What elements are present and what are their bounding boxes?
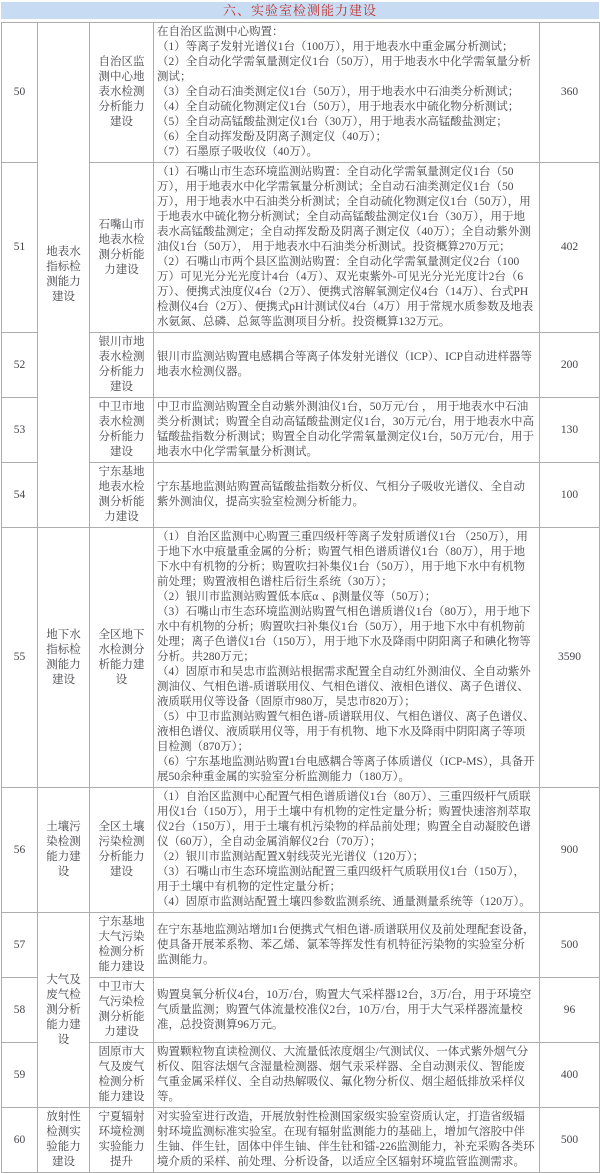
row-number-cell: 60	[2, 1108, 38, 1173]
table-row: 50 地表水指标检测能力建设 自治区监测中心地表水检测分析能力建设 在自治区监测…	[2, 23, 600, 163]
row-number-cell: 56	[2, 788, 38, 913]
row-number-cell: 50	[2, 23, 38, 163]
category-cell: 地下水指标检测能力建设	[38, 528, 90, 788]
content-cell: 银川市监测站购置电感耦合等离子体发射光谱仪（ICP）、ICP自动进样器等地表水检…	[154, 333, 540, 398]
content-cell: 购置臭氧分析仪4台，10万/台，购置大气采样器12台，3万/台，用于环境空气质量…	[154, 978, 540, 1043]
section-title: 六、实验室检测能力建设	[1, 2, 599, 19]
amount-cell: 200	[540, 333, 600, 398]
project-name-cell: 全区土壤污染检测分析能力建设	[90, 788, 154, 913]
table-row: 53 中卫市地表水检测分析能力建设 中卫市监测站购置全自动紫外测油仪1台，50万…	[2, 398, 600, 463]
content-cell: 在自治区监测中心购置： （1）等离子发射光谱仪1台（100万），用于地表水中重金…	[154, 23, 540, 163]
category-cell: 地表水指标检测能力建设	[38, 23, 90, 528]
amount-cell: 402	[540, 163, 600, 333]
project-name-cell: 中卫市地表水检测分析能力建设	[90, 398, 154, 463]
content-cell: 购置颗粒物直读检测仪、大流量低浓度烟尘/气测试仪、一体式紫外烟气分析仪、阻容法烟…	[154, 1043, 540, 1108]
table-row: 57 大气及废气检测分析能力建设 宁东基地大气污染检测分析能力建设 在宁东基地监…	[2, 913, 600, 978]
table-row: 54 宁东基地地表水检测分析能力建设 宁东基地监测站购置高锰酸盐指数分析仪、气相…	[2, 463, 600, 528]
page: 六、实验室检测能力建设 50 地表水指标检测能力建设 自治区监测中心地表水检测分…	[0, 0, 600, 1173]
content-cell: （1）自治区监测中心配置气相色谱质谱仪1台（80万）、三重四级杆气质联用仪1台（…	[154, 788, 540, 913]
row-number-cell: 52	[2, 333, 38, 398]
project-name-cell: 石嘴山市地表水检测分析能力建设	[90, 163, 154, 333]
project-name-cell: 中卫市大气污染检测分析能力建设	[90, 978, 154, 1043]
content-cell: 宁东基地监测站购置高锰酸盐指数分析仪、气相分子吸收光谱仪、全自动紫外测油仪，提高…	[154, 463, 540, 528]
project-name-cell: 全区地下水检测分析能力建设	[90, 528, 154, 788]
category-cell: 土壤污染检测能力建设	[38, 788, 90, 913]
amount-cell: 500	[540, 1108, 600, 1173]
row-number-cell: 55	[2, 528, 38, 788]
project-name-cell: 宁夏辐射环境检测实验能力提升	[90, 1108, 154, 1173]
row-number-cell: 51	[2, 163, 38, 333]
row-number-cell: 59	[2, 1043, 38, 1108]
amount-cell: 3590	[540, 528, 600, 788]
project-name-cell: 宁东基地地表水检测分析能力建设	[90, 463, 154, 528]
project-name-cell: 宁东基地大气污染检测分析能力建设	[90, 913, 154, 978]
amount-cell: 900	[540, 788, 600, 913]
row-number-cell: 53	[2, 398, 38, 463]
table-row: 52 银川市地表水检测分析能力建设 银川市监测站购置电感耦合等离子体发射光谱仪（…	[2, 333, 600, 398]
amount-cell: 360	[540, 23, 600, 163]
amount-cell: 400	[540, 1043, 600, 1108]
table-row: 56 土壤污染检测能力建设 全区土壤污染检测分析能力建设 （1）自治区监测中心配…	[2, 788, 600, 913]
project-name-cell: 银川市地表水检测分析能力建设	[90, 333, 154, 398]
table-row: 60 放射性检测实验能力建设 宁夏辐射环境检测实验能力提升 对实验室进行改造，开…	[2, 1108, 600, 1173]
project-name-cell: 自治区监测中心地表水检测分析能力建设	[90, 23, 154, 163]
row-number-cell: 57	[2, 913, 38, 978]
amount-cell: 100	[540, 463, 600, 528]
content-cell: （1）自治区监测中心购置三重四级杆等离子发射质谱仪1台 （250万），用于地下水…	[154, 528, 540, 788]
content-cell: （1）石嘴山市生态环境监测站购置：全自动化学需氧量测定仪1台（50万），用于地表…	[154, 163, 540, 333]
table-row: 51 石嘴山市地表水检测分析能力建设 （1）石嘴山市生态环境监测站购置：全自动化…	[2, 163, 600, 333]
row-number-cell: 54	[2, 463, 38, 528]
content-cell: 中卫市监测站购置全自动紫外测油仪1台，50万元/台 ， 用于地表水中石油类分析测…	[154, 398, 540, 463]
row-number-cell: 58	[2, 978, 38, 1043]
content-cell: 对实验室进行改造，开展放射性检测国家级实验室资质认定，打造省级辐射环境监测标准实…	[154, 1108, 540, 1173]
category-cell: 大气及废气检测分析能力建设	[38, 913, 90, 1108]
category-cell: 放射性检测实验能力建设	[38, 1108, 90, 1173]
content-cell: 在宁东基地监测站增加1台便携式气相色谱-质谱联用仪及前处理配套设备，使具备开展苯…	[154, 913, 540, 978]
amount-cell: 500	[540, 913, 600, 978]
project-name-cell: 固原市大气及废气检测分析能力建设	[90, 1043, 154, 1108]
table-row: 58 中卫市大气污染检测分析能力建设 购置臭氧分析仪4台，10万/台，购置大气采…	[2, 978, 600, 1043]
table-row: 55 地下水指标检测能力建设 全区地下水检测分析能力建设 （1）自治区监测中心购…	[2, 528, 600, 788]
budget-table: 50 地表水指标检测能力建设 自治区监测中心地表水检测分析能力建设 在自治区监测…	[1, 22, 600, 1173]
amount-cell: 130	[540, 398, 600, 463]
amount-cell: 96	[540, 978, 600, 1043]
table-row: 59 固原市大气及废气检测分析能力建设 购置颗粒物直读检测仪、大流量低浓度烟尘/…	[2, 1043, 600, 1108]
